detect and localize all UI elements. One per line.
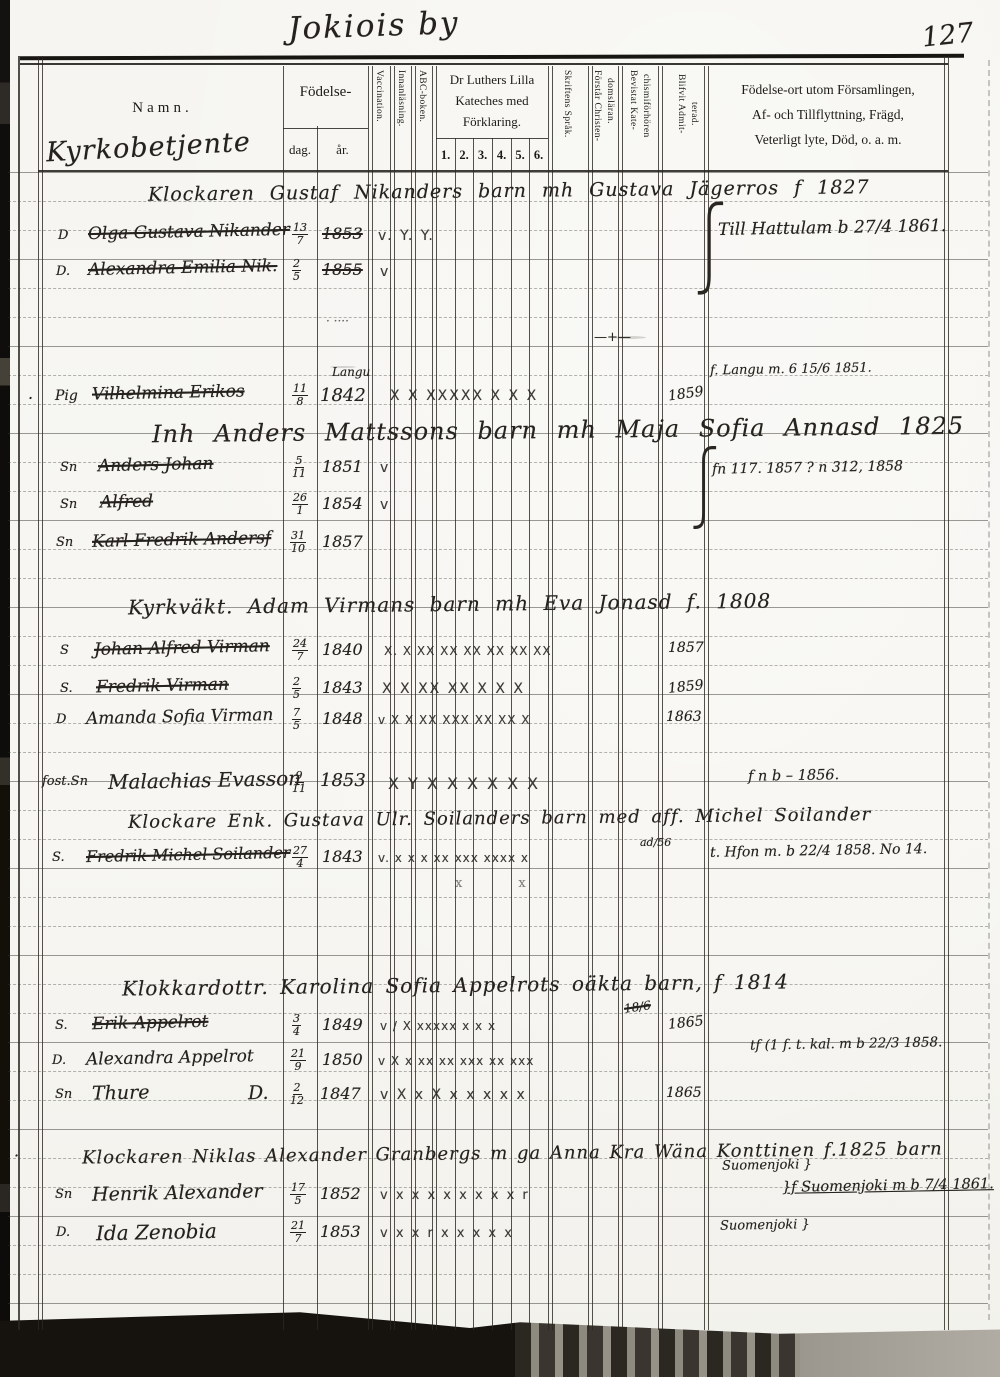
grid-line-vertical (944, 56, 945, 1330)
column-header-fodelseort-line3: Veterligt lyte, Död, o. a. m. (712, 132, 944, 148)
person-name: Amanda Sofia Virman (86, 705, 274, 729)
grid-line-vertical (394, 66, 395, 1330)
grid-line-vertical (368, 66, 369, 1330)
relation-prefix: D. (52, 1053, 66, 1068)
grid-line-horizontal (8, 317, 988, 318)
grid-line-vertical (662, 66, 663, 1330)
grid-line-horizontal (8, 636, 988, 637)
section-heading-soilander: Klockare Enk. Gustava Ulr. Soilanders ba… (128, 804, 871, 833)
person-name: Ida Zenobia (96, 1219, 217, 1246)
forstar-line1: Förstår Christen- (592, 70, 602, 174)
admitted-year: 1865 (666, 1085, 702, 1101)
kateches-subcol-5: 5. (511, 148, 529, 163)
column-header-fodelseort-line1: Födelse-ort utom Församlingen, (712, 82, 944, 98)
column-header-kateches-line2: Kateches med (436, 93, 548, 109)
birth-year: 1853 (322, 224, 363, 243)
grid-line-horizontal (8, 578, 988, 579)
column-header-fodelse: Födelse- (283, 84, 368, 101)
grid-line-horizontal (8, 607, 988, 608)
grid-line-horizontal (8, 1245, 988, 1246)
grid-line-horizontal (8, 201, 988, 202)
birth-day: 25 (292, 258, 301, 282)
birth-year: 1840 (322, 640, 363, 659)
birth-day: 247 (292, 638, 308, 662)
grid-line-horizontal (8, 1013, 988, 1014)
margin-note-suomenjoki-main: }f Suomenjoki m b 7/4 1861. (782, 1176, 994, 1196)
scanned-parish-register-page: Jokiois by 127 Namn. Födelse- dag. år. V… (0, 0, 1000, 1377)
grid-line-horizontal (8, 491, 988, 492)
check-marks: X. X XX XX XX XX XX XX (384, 644, 552, 658)
kateches-subcol-1: 1. (436, 148, 455, 163)
grid-line-horizontal (8, 868, 988, 869)
grid-line-horizontal (8, 288, 988, 289)
birth-year: 1848 (322, 709, 363, 728)
grid-line-horizontal (8, 549, 988, 550)
grid-line-vertical (436, 66, 437, 1330)
grid-line-vertical (658, 66, 659, 1330)
relation-prefix: S (60, 643, 69, 658)
grid-line-horizontal (8, 1274, 988, 1275)
grid-line-horizontal (8, 520, 988, 521)
birth-day: 25 (292, 676, 301, 700)
person-name: Malachias Evasson (108, 766, 301, 794)
bevistat-line1: Bevistat Kate- (628, 70, 638, 174)
person-name: Henrik Alexander (92, 1180, 263, 1206)
margin-note-kal1858: tf (1 f. t. kal. m b 22/3 1858. (750, 1034, 943, 1053)
grid-line-vertical (592, 66, 593, 1330)
relation-prefix: Pig (55, 388, 78, 404)
grid-line-horizontal (8, 375, 988, 376)
grid-line-vertical (455, 138, 456, 1330)
group-title: Kyrkobetjente (45, 127, 251, 169)
grid-line-vertical (411, 66, 412, 1330)
grid-line-horizontal (8, 404, 988, 405)
birth-day: 217 (290, 1220, 306, 1244)
scan-band-light (800, 1305, 1000, 1377)
grid-line-horizontal (8, 1071, 988, 1072)
ink-smudge (330, 366, 356, 368)
bevistat-line2: chismiförhören (641, 74, 651, 178)
grid-line-horizontal (8, 694, 988, 695)
grid-line-vertical (18, 56, 20, 1330)
grid-line-horizontal (8, 752, 988, 753)
grid-line-vertical (704, 66, 705, 1330)
person-name: Erik Appelrot (92, 1012, 209, 1034)
grid-line-vertical (588, 66, 589, 1330)
person-name: Olga Gustava Nikander (88, 220, 290, 244)
margin-note-1856: f n b – 1856. (748, 767, 839, 785)
birth-year: 1843 (322, 847, 363, 866)
person-name: Alfred (100, 491, 153, 512)
birth-year: 1849 (322, 1015, 363, 1034)
grid-line-horizontal (8, 897, 988, 898)
grid-line-horizontal (8, 1042, 988, 1043)
birth-day: 137 (292, 222, 308, 246)
relation-prefix: Sn (60, 497, 77, 512)
grid-line-vertical (708, 66, 709, 1330)
grid-line-horizontal (8, 781, 988, 782)
person-name: Johan Alfred Virman (94, 636, 270, 660)
margin-dot-mark: . (28, 384, 33, 403)
grid-line-horizontal (8, 955, 988, 956)
admitted-year: 1857 (668, 640, 704, 656)
grid-line-horizontal (8, 984, 988, 985)
kateches-subcol-4: 4. (492, 148, 511, 163)
kateches-subcol-3: 3. (473, 148, 492, 163)
birth-day: 34 (292, 1013, 301, 1037)
grid-line-horizontal (8, 1100, 988, 1101)
grid-line-horizontal (8, 1129, 988, 1130)
fodelse-subdivider (283, 128, 368, 129)
kateches-subcol-6: 6. (529, 148, 548, 163)
section-subnote-soilander: ad/56 (640, 836, 671, 849)
person-name: Fredrik Michel Soilander (86, 843, 291, 866)
relation-prefix: D (56, 712, 66, 727)
grid-line-vertical (372, 66, 373, 1330)
column-header-abc-boken: ABC-boken. (417, 70, 427, 174)
birth-year: 1842 (320, 385, 366, 406)
grid-line-vertical (948, 56, 949, 1330)
grid-line-horizontal (8, 172, 988, 173)
top-rule-heavy (20, 54, 964, 60)
birth-day: 75 (292, 707, 301, 731)
scan-edge-right (988, 60, 990, 1320)
grid-line-vertical (511, 138, 512, 1330)
grid-line-horizontal (8, 723, 988, 724)
grid-line-vertical (317, 126, 318, 1330)
page-title: Jokiois by (287, 5, 460, 47)
person-name: Alexandra Appelrot (86, 1046, 254, 1070)
grid-line-vertical (38, 56, 39, 1330)
grid-line-vertical (390, 66, 391, 1330)
stray-x-marks: xx (455, 876, 582, 891)
grid-line-vertical (622, 66, 623, 1330)
admitted-year: 1865 (667, 1013, 704, 1033)
column-header-fodelseort-line2: Af- och Tillflyttning, Frägd, (712, 107, 944, 123)
grid-line-vertical (529, 138, 530, 1330)
check-marks: v (380, 497, 390, 513)
kateches-subcol-2: 2. (455, 148, 473, 163)
grid-line-vertical (283, 66, 284, 1330)
check-marks: v (380, 264, 390, 280)
relation-prefix: Sn (55, 1187, 72, 1202)
grid-line-horizontal (8, 433, 988, 434)
birth-day: 219 (290, 1048, 306, 1072)
birth-day: 3110 (290, 530, 306, 554)
section-heading-virman: Kyrkväkt. Adam Virmans barn mh Eva Jonas… (128, 589, 771, 620)
check-marks: v. x x x xx xxx xxxx x (378, 851, 529, 865)
birth-year: 1851 (322, 457, 363, 476)
check-marks: v x x r x x x x x (380, 1226, 514, 1241)
relation-prefix: Sn (56, 535, 73, 550)
grid-line-vertical (42, 56, 43, 1330)
section-heading-granberg: Klockaren Niklas Alexander Granbergs m g… (82, 1138, 943, 1168)
grid-line-horizontal (8, 810, 988, 811)
birth-day: 274 (292, 845, 308, 869)
person-name: Vilhelmina Erikos (92, 381, 245, 404)
page-number: 127 (921, 17, 976, 53)
grid-line-vertical (552, 66, 553, 1330)
column-header-dag: dag. (283, 142, 317, 158)
birth-year: 1850 (322, 1050, 363, 1069)
relation-prefix: S. (55, 1018, 68, 1033)
grid-line-horizontal (8, 1216, 988, 1217)
grid-line-horizontal (8, 346, 988, 347)
grid-line-vertical (432, 66, 433, 1330)
check-marks: X X XXXXX X X X (390, 388, 538, 404)
grid-line-horizontal (8, 259, 988, 260)
admitted-year: 1859 (667, 384, 705, 405)
brace-flourish-icon: ʃ (698, 186, 722, 298)
relation-prefix: D. (56, 1225, 70, 1240)
birth-day: 175 (290, 1182, 306, 1206)
scan-band-bottom (0, 1305, 1000, 1377)
column-header-innanlasning: Innanläsning. (396, 70, 406, 174)
grid-line-vertical (473, 138, 474, 1330)
birth-year: 1854 (322, 494, 363, 513)
scan-edge-left (0, 0, 10, 1377)
column-header-ar: år. (317, 142, 368, 158)
check-marks: v / X xxxxx x x x (380, 1019, 496, 1033)
relation-prefix: D. (56, 264, 70, 279)
grid-line-horizontal (8, 839, 988, 840)
grid-line-horizontal (8, 1187, 988, 1188)
grid-line-vertical (548, 66, 549, 1330)
birth-day: 261 (292, 492, 308, 516)
margin-note-hfon: t. Hfon m. b 22/4 1858. No 14. (710, 841, 927, 861)
grid-line-horizontal (8, 665, 988, 666)
column-header-kateches-line1: Dr Luthers Lilla (436, 72, 548, 88)
person-name: Thure (92, 1081, 150, 1104)
grid-line-horizontal (8, 1303, 988, 1304)
grid-line-horizontal (8, 1158, 988, 1159)
grid-line-vertical (415, 66, 416, 1330)
top-rule-thin (20, 63, 948, 65)
margin-note-suomenjoki-1: Suomenjoki } (722, 1157, 812, 1174)
column-header-namn: Namn. (42, 100, 283, 117)
grid-line-vertical (492, 138, 493, 1330)
column-header-skriftens-sprak: Skriftens Språk. (562, 70, 572, 174)
column-header-kateches-line3: Förklaring. (436, 114, 548, 130)
birth-day: 212 (290, 1082, 304, 1106)
grid-line-horizontal (8, 462, 988, 463)
margin-note-hattulam: Till Hattulam b 27/4 1861. (718, 216, 947, 240)
birth-day: 511 (292, 455, 306, 479)
birth-year: 1853 (320, 1222, 361, 1241)
margin-note-suomenjoki-2: Suomenjoki } (720, 1217, 810, 1234)
scan-band-dark (0, 1305, 515, 1377)
grid-line-horizontal (8, 926, 988, 927)
relation-prefix: S. (52, 850, 65, 865)
column-header-vaccination: Vaccination. (374, 70, 384, 174)
section-heading-mattsson: Inh Anders Mattssons barn mh Maja Sofia … (152, 412, 964, 449)
birth-year: 1855 (322, 260, 363, 279)
person-name: Anders Johan (98, 454, 214, 476)
grid-line-horizontal (8, 230, 988, 231)
blifvit-line1: Blifvit Admit- (676, 74, 686, 178)
grid-line-vertical (618, 66, 619, 1330)
birth-day: 911 (292, 770, 306, 794)
forstar-line2: domsläran. (605, 78, 615, 182)
